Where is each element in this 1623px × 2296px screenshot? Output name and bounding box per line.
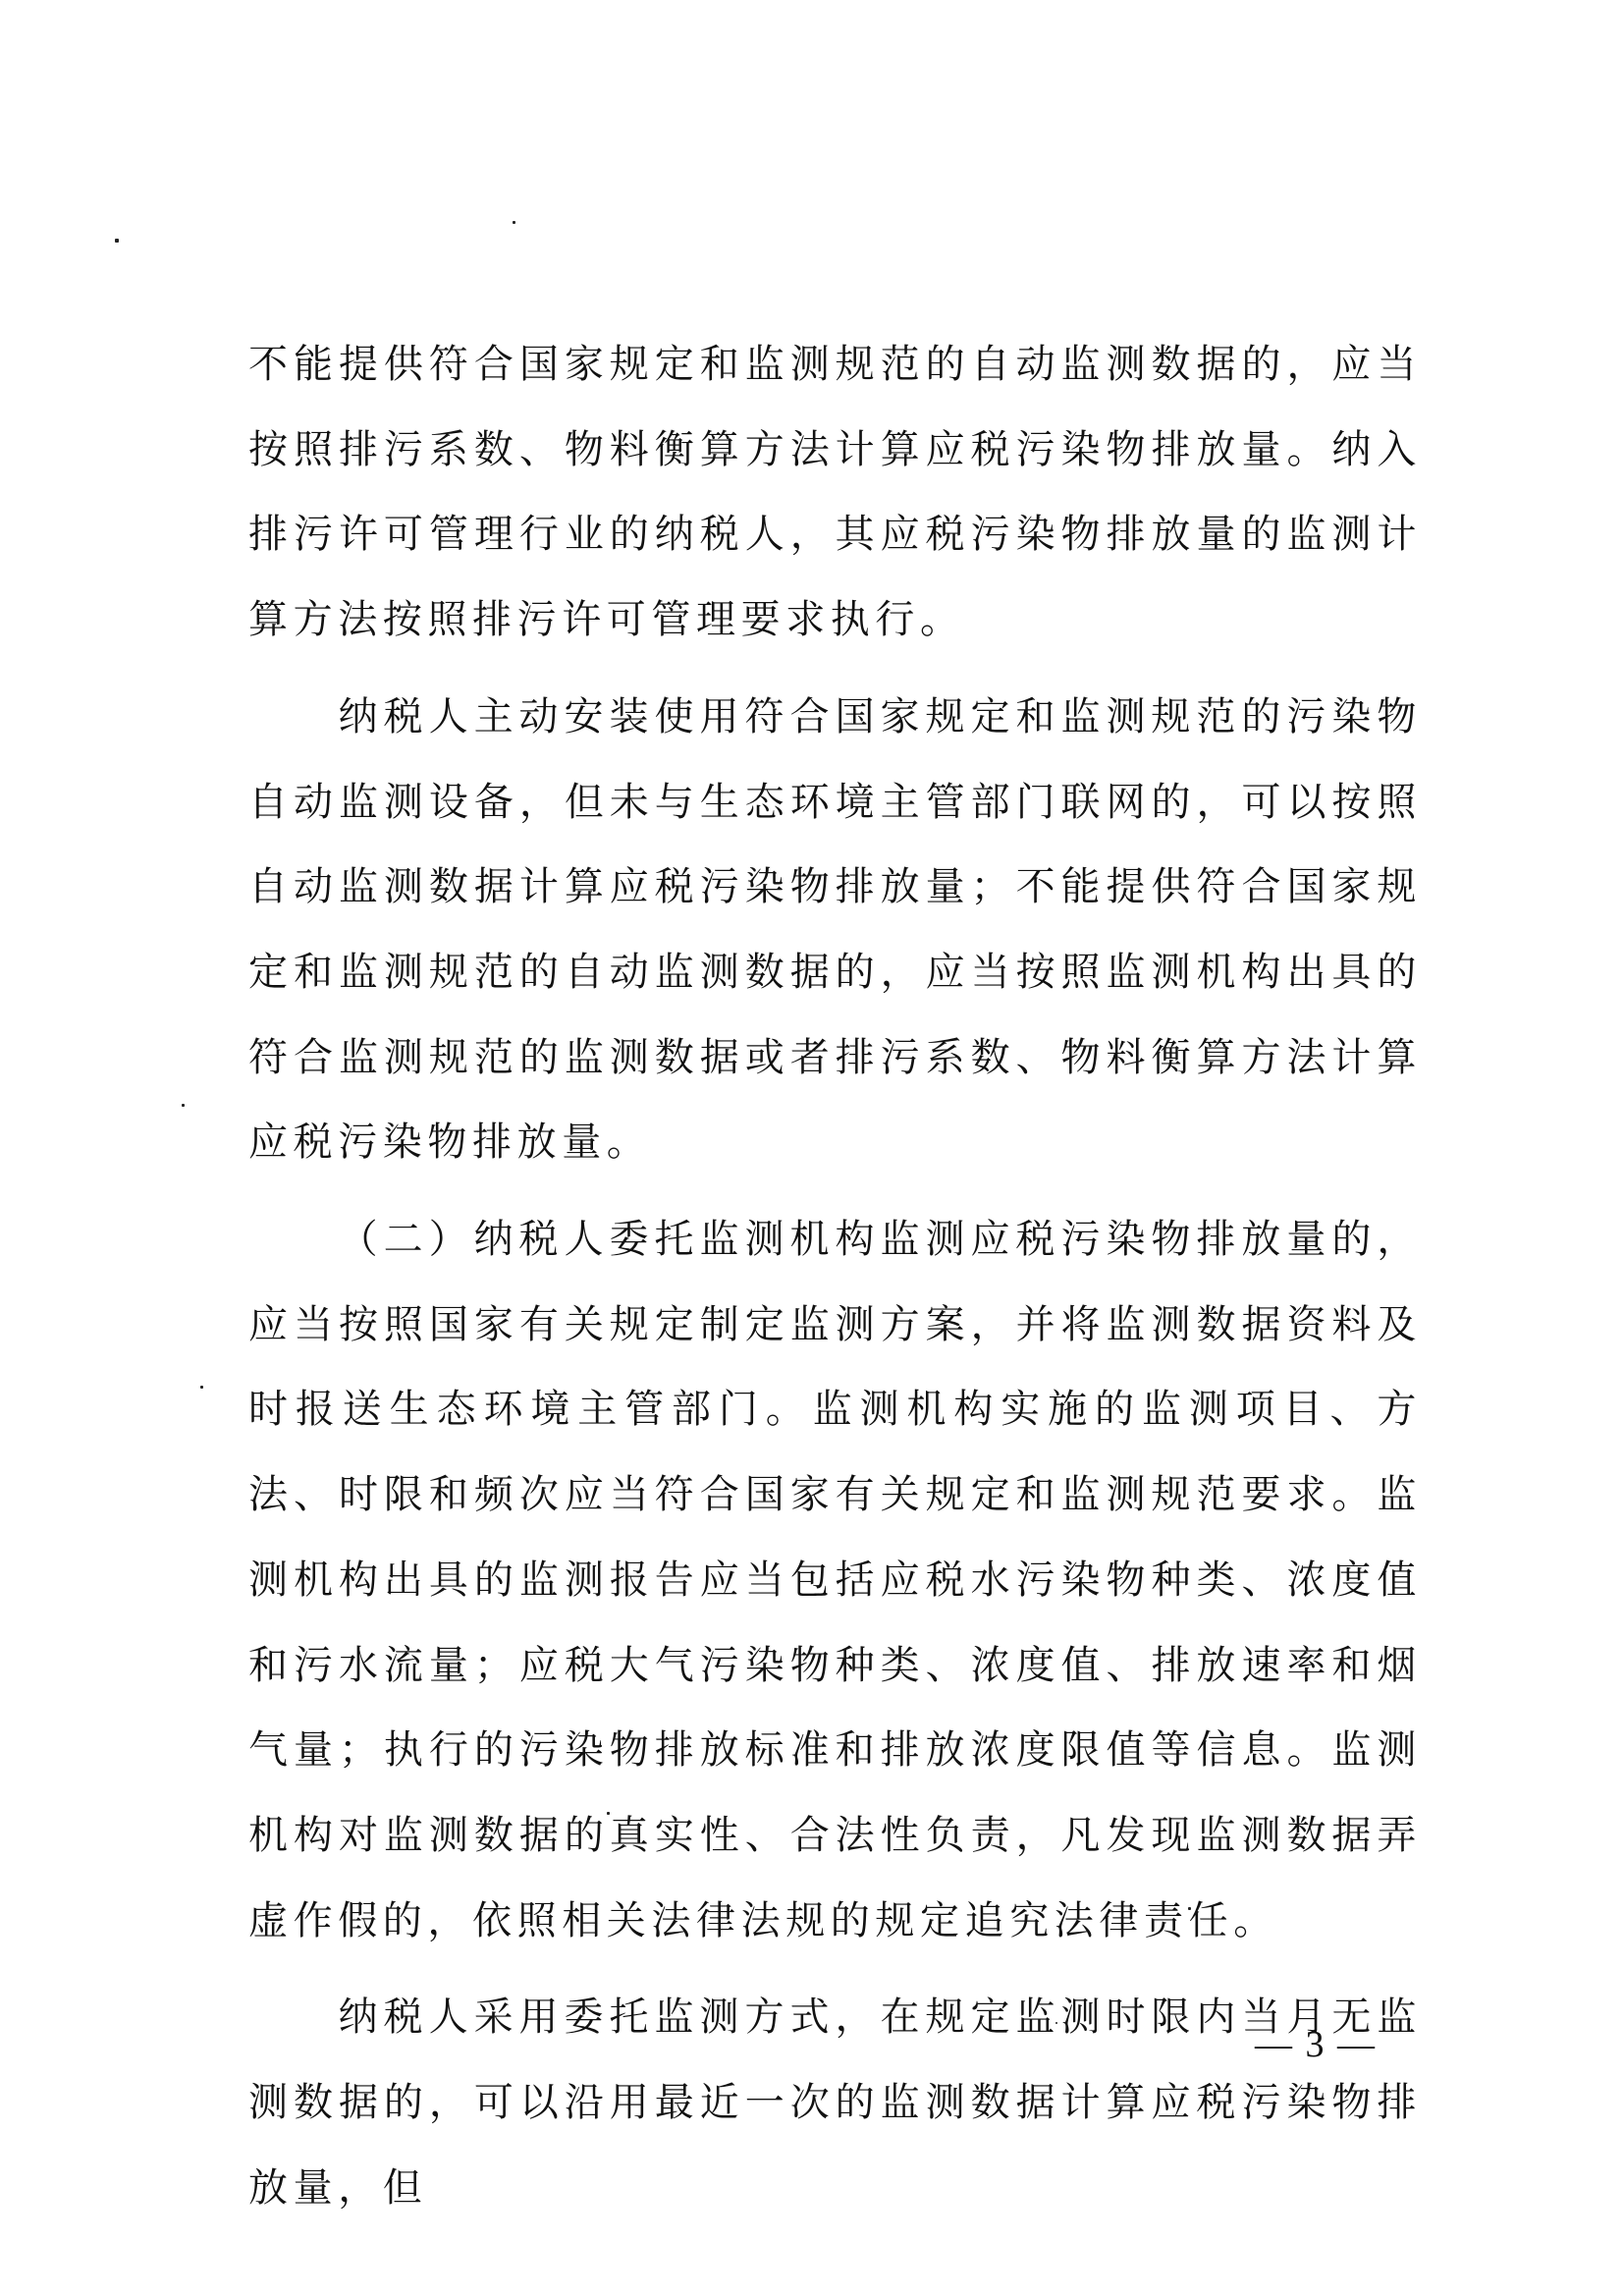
scan-speck [513, 221, 515, 224]
page-number: — 3 — [1255, 2021, 1377, 2068]
scan-speck [115, 239, 119, 243]
scan-speck [200, 1386, 203, 1389]
paragraph-continuation: 不能提供符合国家规定和监测规范的自动监测数据的，应当按照排污系数、物料衡算方法计… [248, 322, 1422, 663]
scan-speck [182, 1104, 185, 1107]
paragraph-no-monitoring-data: 纳税人采用委托监测方式，在规定监测时限内当月无监测数据的，可以沿用最近一次的监测… [248, 1975, 1422, 2230]
document-body: 不能提供符合国家规定和监测规范的自动监测数据的，应当按照排污系数、物料衡算方法计… [248, 322, 1422, 2230]
document-page: 不能提供符合国家规定和监测规范的自动监测数据的，应当按照排污系数、物料衡算方法计… [0, 0, 1623, 2296]
paragraph-self-monitoring: 纳税人主动安装使用符合国家规定和监测规范的污染物自动监测设备，但未与生态环境主管… [248, 675, 1422, 1185]
paragraph-section-2-entrusted-monitoring: （二）纳税人委托监测机构监测应税污染物排放量的，应当按照国家有关规定制定监测方案… [248, 1197, 1422, 1963]
